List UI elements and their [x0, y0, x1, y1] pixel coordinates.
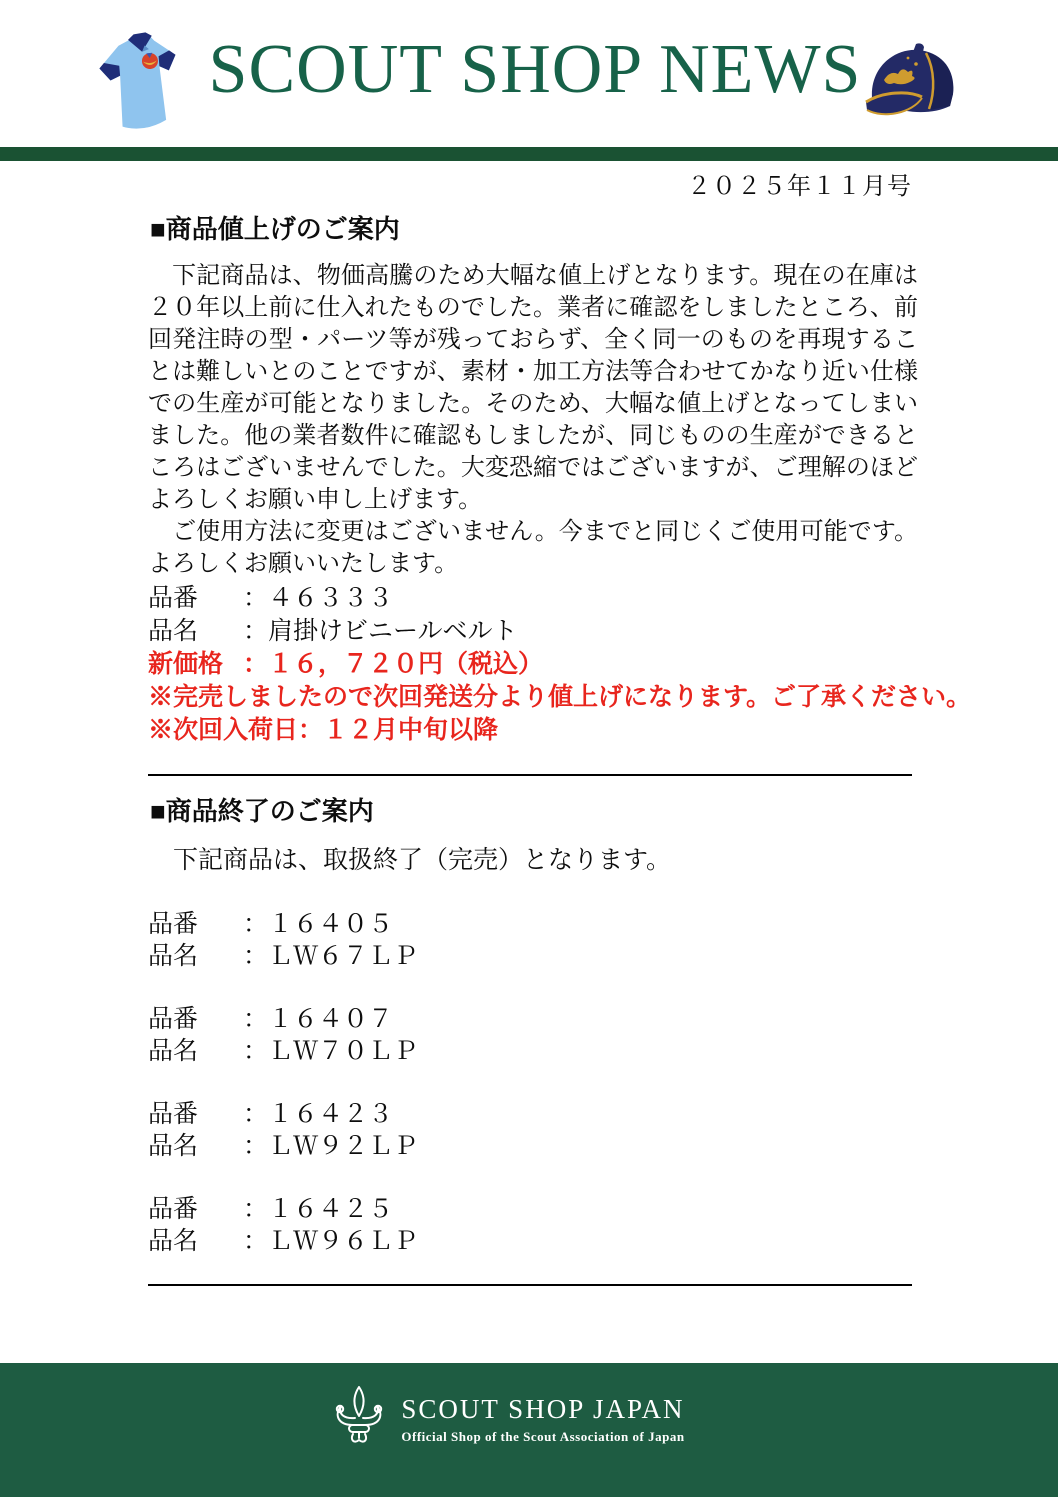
item-number-value: ：１６４０７	[243, 1005, 393, 1033]
price-increase-paragraph-2: ご使用方法に変更はございません。今までと同じくご使用可能です。よろしくお願いいた…	[148, 516, 918, 580]
item-name-value: ：ＬＷ７０ＬＰ	[243, 1037, 418, 1065]
item-number-label: 品番	[148, 1003, 243, 1035]
price-increase-paragraph-1: 下記商品は、物価高騰のため大幅な値上げとなります。現在の在庫は２０年以上前に仕入…	[148, 260, 918, 516]
item-name-value: ：ＬＷ９６ＬＰ	[243, 1227, 418, 1255]
item-number-row: 品番：１６４２５	[148, 1193, 418, 1225]
footer-text-block: SCOUT SHOP JAPAN Official Shop of the Sc…	[401, 1385, 684, 1445]
item-number-value: ：１６４０５	[243, 910, 393, 938]
item-name-label: 品名	[148, 1130, 243, 1162]
item-number-row: 品番：１６４２３	[148, 1098, 418, 1130]
sold-out-note: ※完売しましたので次回発送分より値上げになります。ご了承ください。	[148, 681, 971, 714]
product-number-label: 品番	[148, 582, 243, 615]
item-name-row: 品名：ＬＷ９６ＬＰ	[148, 1225, 418, 1257]
restock-date-note: ※次回入荷日：１２月中旬以降	[148, 714, 971, 747]
item-name-label: 品名	[148, 1225, 243, 1257]
list-item: 品番：１６４０５ 品名：ＬＷ６７ＬＰ	[148, 908, 418, 972]
item-number-label: 品番	[148, 1193, 243, 1225]
product-number-row: 品番：４６３３３	[148, 582, 971, 615]
price-increase-product-block: 品番：４６３３３ 品名：肩掛けビニールベルト 新価格：１６，７２０円（税込） ※…	[148, 582, 971, 747]
item-name-row: 品名：ＬＷ７０ＬＰ	[148, 1035, 418, 1067]
list-item: 品番：１６４２５ 品名：ＬＷ９６ＬＰ	[148, 1193, 418, 1257]
item-number-row: 品番：１６４０７	[148, 1003, 418, 1035]
list-item: 品番：１６４２３ 品名：ＬＷ９２ＬＰ	[148, 1098, 418, 1162]
product-name-row: 品名：肩掛けビニールベルト	[148, 615, 971, 648]
item-name-value: ：ＬＷ９２ＬＰ	[243, 1132, 418, 1160]
new-price-label: 新価格	[148, 648, 243, 681]
list-item: 品番：１６４０７ 品名：ＬＷ７０ＬＰ	[148, 1003, 418, 1067]
item-name-row: 品名：ＬＷ９２ＬＰ	[148, 1130, 418, 1162]
item-number-value: ：１６４２３	[243, 1100, 393, 1128]
price-increase-heading: ■商品値上げのご案内	[150, 209, 400, 246]
item-number-value: ：１６４２５	[243, 1195, 393, 1223]
footer-tagline: Official Shop of the Scout Association o…	[401, 1429, 684, 1445]
item-number-label: 品番	[148, 1098, 243, 1130]
item-name-label: 品名	[148, 1035, 243, 1067]
discontinued-heading: ■商品終了のご案内	[150, 791, 374, 828]
discontinued-intro: 下記商品は、取扱終了（完売）となります。	[148, 840, 918, 876]
price-increase-body: 下記商品は、物価高騰のため大幅な値上げとなります。現在の在庫は２０年以上前に仕入…	[148, 260, 918, 580]
item-number-label: 品番	[148, 908, 243, 940]
product-name-value: ：肩掛けビニールベルト	[243, 617, 518, 645]
newsletter-title: SCOUT SHOP NEWS	[200, 30, 870, 110]
item-name-label: 品名	[148, 940, 243, 972]
polo-shirt-icon	[92, 28, 188, 142]
item-name-value: ：ＬＷ６７ＬＰ	[243, 942, 418, 970]
item-number-row: 品番：１６４０５	[148, 908, 418, 940]
footer-logo-block: SCOUT SHOP JAPAN Official Shop of the Sc…	[0, 1385, 1038, 1447]
section-divider-rule-1	[148, 774, 912, 776]
footer-band: SCOUT SHOP JAPAN Official Shop of the Sc…	[0, 1363, 1058, 1497]
product-name-label: 品名	[148, 615, 243, 648]
discontinued-items-list: 品番：１６４０５ 品名：ＬＷ６７ＬＰ 品番：１６４０７ 品名：ＬＷ７０ＬＰ 品番…	[148, 908, 418, 1288]
baseball-cap-icon	[860, 40, 964, 132]
new-price-row: 新価格：１６，７２０円（税込）	[148, 648, 971, 681]
product-number-value: ：４６３３３	[243, 584, 393, 612]
header-divider-bar	[0, 147, 1058, 161]
item-name-row: 品名：ＬＷ６７ＬＰ	[148, 940, 418, 972]
section-divider-rule-2	[148, 1284, 912, 1286]
issue-date: ２０２５年１１月号	[148, 166, 912, 201]
newsletter-page: SCOUT SHOP NEWS ２０２５年１１月号 ■商品値上げのご案内 下記商…	[0, 0, 1058, 1497]
new-price-value: ：１６，７２０円（税込）	[243, 650, 543, 678]
fleur-de-lis-icon	[333, 1385, 385, 1447]
footer-brand: SCOUT SHOP JAPAN	[401, 1394, 684, 1425]
